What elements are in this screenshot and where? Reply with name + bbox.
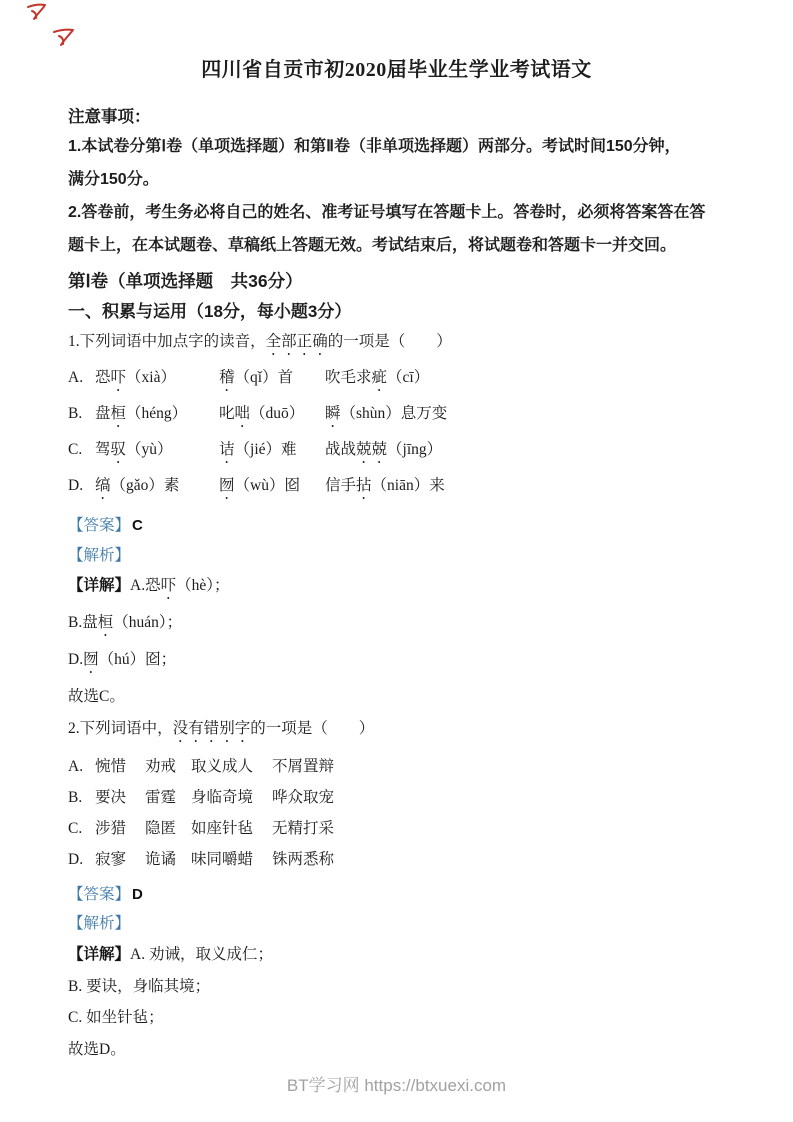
answer-label: 【答案】	[68, 517, 130, 534]
notice-heading: 注意事项：	[68, 104, 725, 130]
option-letter: D.	[68, 849, 95, 871]
option-item: 无精打采	[272, 818, 334, 840]
question-2-stem: 2.下列词语中，没有错别字的一项是（ ）	[68, 718, 725, 746]
option-letter: C.	[68, 818, 95, 840]
option-item: 味同嚼蜡	[191, 849, 272, 871]
option-item: 恐吓（xià）	[95, 367, 219, 395]
question-2-detail-line: 【详解】A. 劝诫，取义成仁；	[68, 944, 725, 966]
option-letter: C.	[68, 439, 95, 461]
option-item: 囫（wù）囵	[219, 475, 325, 503]
notice-line: 题卡上，在本试题卷、草稿纸上答题无效。考试结束后，将试题卷和答题卡一并交回。	[68, 229, 725, 262]
question-1-option-c: C. 驾驭（yù） 诘（jié）难 战战兢兢（jīng）	[68, 439, 725, 467]
option-item: 战战兢兢（jīng）	[325, 439, 442, 467]
part-heading: 一、积累与运用（18分，每小题3分）	[68, 298, 725, 325]
option-item: 铢两悉称	[272, 849, 334, 871]
option-item: 瞬（shùn）息万变	[325, 403, 447, 431]
option-item: 盘桓（héng）	[95, 403, 219, 431]
watermark: BT学习网 https://btxuexi.com	[0, 1076, 793, 1096]
option-item: 哗众取宠	[272, 787, 334, 809]
question-2-analysis-label: 【解析】	[68, 913, 725, 935]
answer-value: D	[132, 886, 143, 903]
question-1-option-a: A. 恐吓（xià） 稽（qǐ）首 吹毛求疵（cī）	[68, 367, 725, 395]
option-letter: B.	[68, 403, 95, 425]
option-item: 隐匿	[145, 818, 191, 840]
question-2-detail-line: B. 要诀，身临其境；	[68, 976, 725, 998]
question-1-analysis-label: 【解析】	[68, 545, 725, 567]
question-2-option-a: A. 惋惜 劝戒 取义成人 不屑置辩	[68, 756, 725, 778]
exam-document-page: 四川省自贡市初2020届毕业生学业考试语文 注意事项： 1.本试卷分第Ⅰ卷（单项…	[0, 0, 793, 1122]
option-item: 吹毛求疵（cī）	[325, 367, 429, 395]
answer-label: 【答案】	[68, 886, 130, 903]
red-pen-mark-icon	[52, 26, 76, 53]
question-1-stem: 1.下列词语中加点字的读音，全部正确的一项是（ ）	[68, 331, 725, 359]
question-2-answer-line: 【答案】D	[68, 884, 725, 906]
notice-line: 1.本试卷分第Ⅰ卷（单项选择题）和第Ⅱ卷（非单项选择题）两部分。考试时间150分…	[68, 130, 725, 163]
option-item: 信手拈（niān）来	[325, 475, 445, 503]
question-1-detail-line: B.盘桓（huán）；	[68, 612, 725, 640]
option-item: 涉猎	[95, 818, 145, 840]
option-item: 缟（gǎo）素	[95, 475, 219, 503]
option-letter: A.	[68, 756, 95, 778]
question-1-detail-line: 【详解】A.恐吓（hè）；	[68, 575, 725, 603]
question-1-detail-line: 故选C。	[68, 686, 725, 708]
question-1-answer-line: 【答案】C	[68, 515, 725, 537]
option-item: 驾驭（yù）	[95, 439, 219, 467]
question-1-detail-line: D.囫（hú）囵；	[68, 649, 725, 677]
question-2-option-d: D. 寂寥 诡谲 味同嚼蜡 铢两悉称	[68, 849, 725, 871]
option-item: 不屑置辩	[272, 756, 334, 778]
option-letter: A.	[68, 367, 95, 389]
option-item: 取义成人	[191, 756, 272, 778]
option-item: 寂寥	[95, 849, 145, 871]
question-2-detail-line: 故选D。	[68, 1039, 725, 1061]
option-item: 劝戒	[145, 756, 191, 778]
detail-label: 【详解】	[68, 946, 130, 963]
detail-label: 【详解】	[68, 577, 130, 594]
question-2-option-c: C. 涉猎 隐匿 如座针毡 无精打采	[68, 818, 725, 840]
question-1-option-b: B. 盘桓（héng） 叱咄（duō） 瞬（shùn）息万变	[68, 403, 725, 431]
option-item: 惋惜	[95, 756, 145, 778]
question-1-option-d: D. 缟（gǎo）素 囫（wù）囵 信手拈（niān）来	[68, 475, 725, 503]
analysis-label: 【解析】	[68, 547, 130, 564]
red-pen-mark-icon	[26, 2, 48, 27]
option-item: 诡谲	[145, 849, 191, 871]
page-title: 四川省自贡市初2020届毕业生学业考试语文	[68, 56, 725, 84]
option-item: 要决	[95, 787, 145, 809]
answer-value: C	[132, 517, 143, 534]
option-item: 叱咄（duō）	[219, 403, 325, 431]
notice-line: 2.答卷前，考生务必将自己的姓名、准考证号填写在答题卡上。答卷时，必须将答案答在…	[68, 196, 725, 229]
option-letter: D.	[68, 475, 95, 497]
analysis-label: 【解析】	[68, 915, 130, 932]
section-heading: 第Ⅰ卷（单项选择题 共36分）	[68, 268, 725, 295]
detail-text: A.恐吓（hè）；	[130, 577, 229, 594]
option-item: 雷霆	[145, 787, 191, 809]
question-2-option-b: B. 要决 雷霆 身临奇境 哗众取宠	[68, 787, 725, 809]
detail-text: A. 劝诫，取义成仁；	[130, 946, 273, 963]
notice-line: 满分150分。	[68, 163, 725, 196]
option-item: 稽（qǐ）首	[219, 367, 325, 395]
option-item: 诘（jié）难	[219, 439, 325, 467]
option-item: 如座针毡	[191, 818, 272, 840]
question-2-detail-line: C. 如坐针毡；	[68, 1007, 725, 1029]
option-letter: B.	[68, 787, 95, 809]
option-item: 身临奇境	[191, 787, 272, 809]
